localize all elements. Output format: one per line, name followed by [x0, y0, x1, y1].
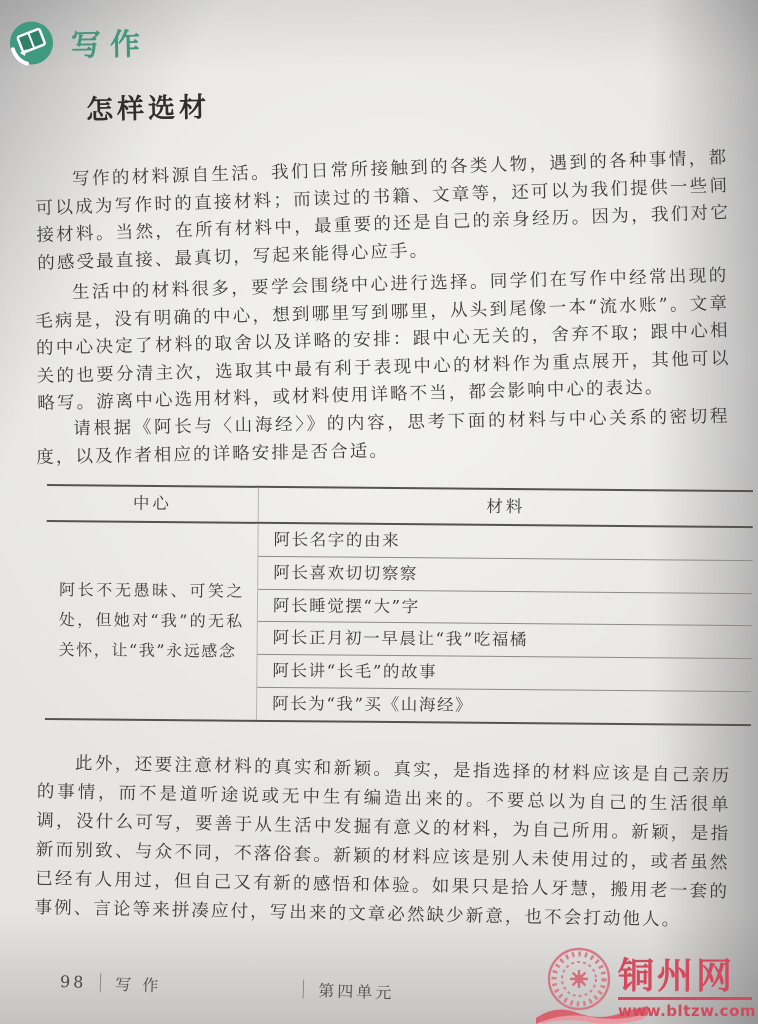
page-number: 98 — [60, 972, 87, 992]
watermark-site-url: www.bltzw.com — [618, 1002, 758, 1020]
table-row: 阿长讲“长毛”的故事 — [257, 655, 751, 692]
scanned-page-background: 写作 怎样选材 写作的材料源自生活。我们日常所接触到的各类人物，遇到的各种事情，… — [0, 0, 758, 1024]
table-row: 阿长为“我”买《山海经》 — [257, 688, 751, 724]
page-title: 怎样选材 — [86, 85, 211, 127]
section-label: 写作 — [71, 19, 150, 65]
paragraph-select-around-center: 生活中的材料很多，要学会围绕中心进行选择。同学们在写作中经常出现的毛病是，没有明… — [34, 262, 731, 418]
table-row: 阿长喜欢切切察察 — [258, 557, 752, 594]
footer-unit-label: 第四单元 — [318, 978, 395, 1003]
watermark-text-block: 铜州网 www.bltzw.com — [618, 957, 758, 1020]
table-row: 阿长名字的由来 — [258, 524, 752, 561]
footer-section-label: 写 作 — [115, 972, 162, 996]
paragraph-materials-from-life: 写作的材料源自生活。我们日常所接触到的各类人物，遇到的各种事情，都可以成为写作时… — [34, 145, 731, 278]
section-header: 写作 — [8, 17, 150, 67]
table-body: 阿长不无愚昧、可笑之处，但她对“我”的无私关怀，让“我”永远感念 阿长名字的由来… — [45, 522, 753, 724]
table-row: 阿长正月初一早晨让“我”吃福橘 — [258, 622, 752, 659]
table-material-column: 阿长名字的由来 阿长喜欢切切察察 阿长睡觉摆“大”字 阿长正月初一早晨让“我”吃… — [257, 524, 753, 724]
materials-table: 中心 材料 阿长不无愚昧、可笑之处，但她对“我”的无私关怀，让“我”永远感念 阿… — [45, 484, 753, 726]
page-footer: 98 写 作 第四单元 — [60, 970, 395, 1003]
footer-divider — [303, 980, 305, 999]
site-watermark: 铜州网 www.bltzw.com — [546, 946, 758, 1024]
table-header-row: 中心 材料 — [47, 486, 753, 528]
table-row: 阿长睡觉摆“大”字 — [258, 589, 752, 626]
paragraph-authentic-and-novel: 此外，还要注意材料的真实和新颖。真实，是指选择的材料应该是自己亲历的事情，而不是… — [34, 749, 731, 936]
table-center-cell: 阿长不无愚昧、可笑之处，但她对“我”的无私关怀，让“我”永远感念 — [45, 522, 259, 720]
table-header-material: 材料 — [259, 488, 753, 526]
watermark-underline — [618, 997, 752, 1000]
footer-divider — [100, 973, 102, 992]
writing-book-pen-icon — [8, 19, 56, 67]
table-header-center: 中心 — [47, 486, 259, 522]
watermark-site-name: 铜州网 — [618, 957, 758, 995]
